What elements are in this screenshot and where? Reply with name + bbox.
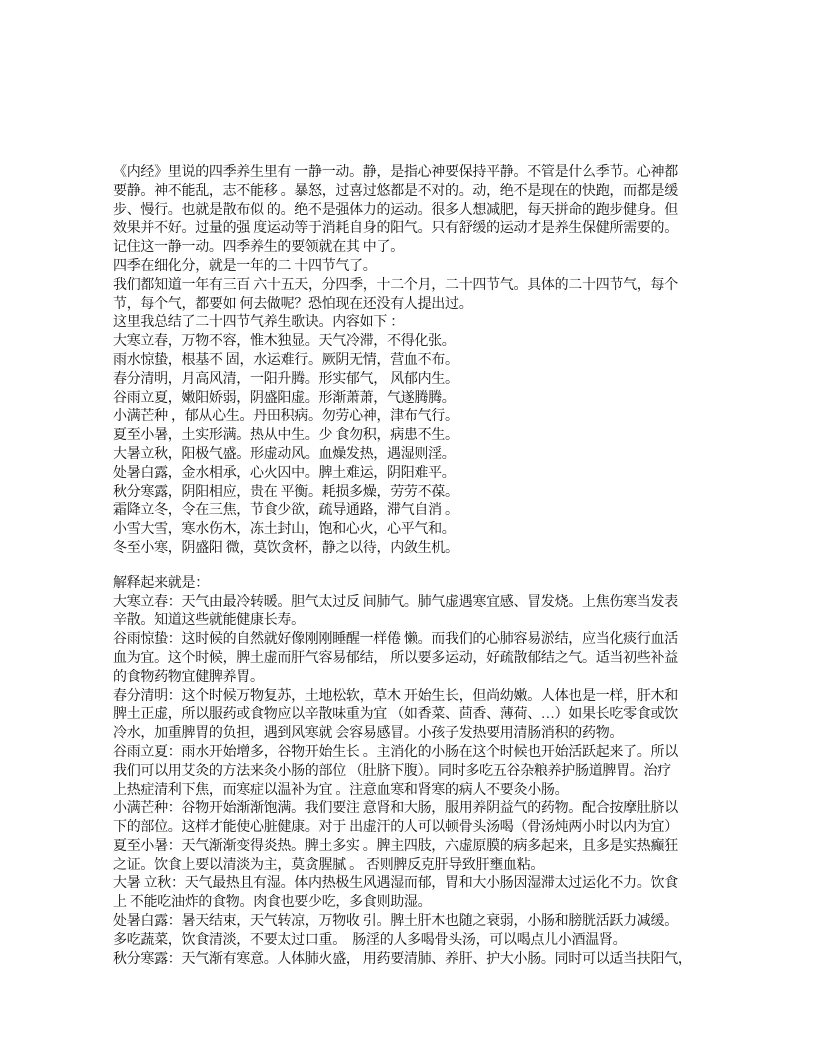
text-line: 秋分寒露：天气渐有寒意。人体肺火盛， 用药要清肺、养肝、护大小肠。同时可以适当扶… (113, 951, 713, 970)
text-line: 霜降立冬，令在三焦，节食少欲，疏导通路，滞气自消 。 (113, 502, 713, 521)
text-line: 冷水，加重脾胃的负担，遇到风寒就 会容易感冒。小孩子发热要用清肠消积的药物。 (113, 725, 713, 744)
text-line: 要静。神不能乱，志不能移 。暴怒，过喜过悠都是不对的。动，绝不是现在的快跑，而都… (113, 183, 713, 202)
text-line: 春分清明：这个时候万物复苏，土地松软，草木 开始生长，但尚幼嫩。人体也是一样，肝… (113, 688, 713, 707)
text-line: 春分清明，月高风清，一阳升腾。形实郁气， 风郁内生。 (113, 371, 713, 390)
document-page: 《内经》里说的四季养生里有 一静一动。静，是指心神要保持平静。不管是什么季节。心… (0, 0, 816, 1056)
text-line: 小满芒种 ，郁从心生。丹田积病。勿劳心神，津布气行。 (113, 408, 713, 427)
text-line: 处暑白露，金水相承，心火囚中。脾土难运，阴阳难平。 (113, 465, 713, 484)
text-line: 血为宜。这个时候，脾土虚而肝气容易郁结， 所以要多运动，好疏散郁结之气。适当初些… (113, 650, 713, 669)
text-line: 大暑 立秋：天气最热且有湿。体内热极生风遇湿而郁，胃和大小肠因湿滞太过运化不力。… (113, 875, 713, 894)
text-line: 多吃蔬菜，饮食清淡，不要太过口重。 肠淫的人多喝骨头汤，可以喝点儿小酒温肾。 (113, 932, 713, 951)
document-content: 《内经》里说的四季养生里有 一静一动。静，是指心神要保持平静。不管是什么季节。心… (113, 164, 713, 969)
text-line: 下的部位。这样才能使心脏健康。对于 出虚汗的人可以顿骨头汤喝（骨汤炖两小时以内为… (113, 819, 713, 838)
solar-terms-verse: 大寒立春，万物不容，惟木独显。天气冷滞，不得化张。雨水惊蛰，根基不 固，水运难行… (113, 333, 713, 559)
text-line: 脾土正虚，所以服药或食物应以辛散味重为宜 （如香菜、茴香、薄荷、…）如果长吃零食… (113, 706, 713, 725)
text-line: 的食物药物宜健脾养胃。 (113, 669, 713, 688)
text-line: 上 不能吃油炸的食物。肉食也要少吃，多食则助湿。 (113, 894, 713, 913)
text-line: 节，每个气，都要如 何去做呢？恐怕现在还没有人提出过。 (113, 296, 713, 315)
text-line: 夏至小暑：天气渐渐变得炎热。脾土多实 。脾主四肢，六虚原膜的病多起来，且多是实热… (113, 838, 713, 857)
text-line: 之证。饮食上要以清淡为主，莫贪腥腻 。 否则脾反克肝导致肝壅血粘。 (113, 857, 713, 876)
text-line: 上热症清利下焦，而寒症以温补为宜 。注意血寒和肾寒的病人不要灸小肠。 (113, 782, 713, 801)
text-line: 这里我总结了二十四节气养生歌诀。内容如下 ： (113, 314, 713, 333)
text-line: 小满芒种：谷物开始渐渐饱满。我们要注 意肾和大肠，服用养阴益气的药物。配合按摩肚… (113, 800, 713, 819)
text-line: 秋分寒露，阴阳相应，贵在 平衡。耗损多燥，劳劳不葆。 (113, 484, 713, 503)
text-line: 步、慢行。也就是散布似 的。绝不是强体力的运动。很多人想减肥，每天拼命的跑步健身… (113, 202, 713, 221)
text-line: 《内经》里说的四季养生里有 一静一动。静，是指心神要保持平静。不管是什么季节。心… (113, 164, 713, 183)
text-line: 大暑立秋，阳极气盛。形虚动风。血燥发热，遇湿则淫。 (113, 446, 713, 465)
explanation-section: 解释起来就是：大寒立春：天气由最冷转暖。胆气太过反 间肺气。肺气虚遇寒宜感、冒发… (113, 575, 713, 970)
text-line: 我们都知道一年有三百 六十五天，分四季，十二个月，二十四节气。具体的二十四节气，… (113, 277, 713, 296)
text-line: 解释起来就是： (113, 575, 713, 594)
text-line: 夏至小暑，土实形满。热从中生。少 食勿积，病患不生。 (113, 427, 713, 446)
text-line: 辛散。知道这些就能健康长寿。 (113, 612, 713, 631)
text-line: 记住这一静一动。四季养生的要领就在其 中了。 (113, 239, 713, 258)
text-line: 谷雨立夏：雨水开始增多，谷物开始生长 。主消化的小肠在这个时候也开始活跃起来了。… (113, 744, 713, 763)
text-line: 小雪大雪，寒水伤木，冻土封山，饱和心火，心平气和。 (113, 521, 713, 540)
text-line: 我们可以用艾灸的方法来灸小肠的部位 （肚脐下腹）。同时多吃五谷杂粮养护肠道脾胃。… (113, 763, 713, 782)
text-line: 处暑白露：暑天结束，天气转凉，万物收 引。脾土肝木也随之衰弱，小肠和膀胱活跃力减… (113, 913, 713, 932)
text-line: 效果并不好。过量的强 度运动等于消耗自身的阳气。只有舒缓的运动才是养生保健所需要… (113, 220, 713, 239)
text-line: 雨水惊蛰，根基不 固，水运难行。厥阴无情，营血不布。 (113, 352, 713, 371)
solar-terms-overview-paragraph: 我们都知道一年有三百 六十五天，分四季，十二个月，二十四节气。具体的二十四节气，… (113, 277, 713, 333)
intro-paragraph: 《内经》里说的四季养生里有 一静一动。静，是指心神要保持平静。不管是什么季节。心… (113, 164, 713, 277)
text-line: 四季在细化分，就是一年的二 十四节气了。 (113, 258, 713, 277)
text-line: 冬至小寒，阴盛阳 微，莫饮贪杯，静之以待，内敛生机。 (113, 540, 713, 559)
text-line: 大寒立春，万物不容，惟木独显。天气冷滞，不得化张。 (113, 333, 713, 352)
text-line: 谷雨立夏，嫩阳娇弱，阴盛阳虚。形渐萧萧，气遂腾腾。 (113, 390, 713, 409)
text-line: 谷雨惊蛰：这时候的自然就好像刚刚睡醒一样倦 懒。而我们的心肺容易淤结，应当化痰行… (113, 631, 713, 650)
text-line: 大寒立春：天气由最冷转暖。胆气太过反 间肺气。肺气虚遇寒宜感、冒发烧。上焦伤寒当… (113, 594, 713, 613)
